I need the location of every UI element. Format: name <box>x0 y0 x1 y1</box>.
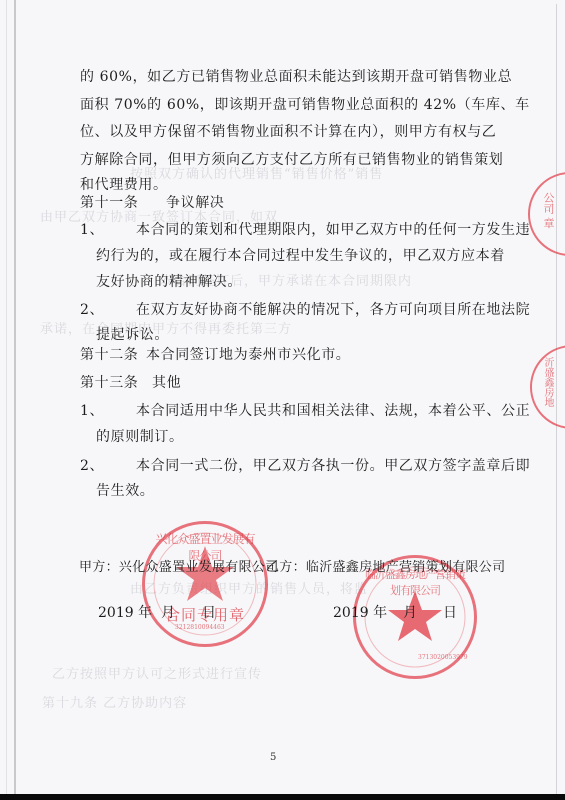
article-11-item-2: 2、在双方友好协商不能解决的情况下，各方可向项目所在地法院 <box>80 301 530 319</box>
paragraph-line: 的 60%，如乙方已销售物业总面积未能达到该期开盘可销售物业总 <box>80 68 512 86</box>
scan-bottom-edge <box>0 794 565 800</box>
document-page: 按照双方确认的代理销售“销售价格”销售 由甲乙双方协商一致签订本合同，如双 本合… <box>0 0 565 800</box>
article-12-heading: 第十二条本合同签订地为泰州市兴化市。 <box>80 346 350 364</box>
party-a-date-year: 2019 年 <box>98 602 152 622</box>
bleed-through-text: 第十九条 乙方协助内容 <box>42 692 187 711</box>
party-a-date-day: 日 <box>202 602 216 622</box>
article-label: 第十三条 <box>80 374 152 392</box>
article-title: 其他 <box>152 375 181 391</box>
paragraph-line: 位、以及甲方保留不销售物业面积不计算在内），则甲方有权与乙 <box>80 123 496 141</box>
party-b-date-day: 日 <box>443 602 457 622</box>
edge-seal-text: 公司 章 <box>540 192 556 229</box>
article-13-heading: 第十三条其他 <box>80 374 181 392</box>
party-b-name: 乙方：临沂盛鑫房地产营销策划有限公司 <box>266 556 505 575</box>
party-b-date-month: 月 <box>403 602 417 622</box>
item-continuation: 约行为的，或在履行本合同过程中发生争议的，甲乙双方应本着 <box>96 247 505 265</box>
article-11-heading: 第十一条争议解决 <box>80 194 224 212</box>
item-number: 2、 <box>80 457 136 475</box>
paragraph-line: 面积 70%的 60%，即该期开盘可销售物业总面积的 42%（车库、车 <box>80 96 530 114</box>
bleed-through-text: 乙方按照甲方认可之形式进行宣传 <box>52 663 262 682</box>
article-title: 争议解决 <box>166 195 224 211</box>
item-number: 2、 <box>80 301 136 319</box>
seal-code: 3713020053979 <box>418 654 468 661</box>
paragraph-line: 方解除合同，但甲方须向乙方支付乙方所有已销售物业的销售策划 <box>80 151 503 169</box>
scan-binding-line <box>14 0 16 794</box>
article-label: 第十二条 <box>80 346 146 364</box>
party-a-date-month: 月 <box>161 602 175 622</box>
edge-seal-top: 公司 章 <box>528 172 565 256</box>
item-continuation: 的原则制订。 <box>96 428 184 446</box>
edge-seal-text: 沂盛鑫房地 <box>540 357 555 407</box>
party-a-name: 甲方：兴化众盛置业发展有限公司 <box>79 556 279 575</box>
party-a-company-seal: 合同专用章 兴化众盛置业发展有限公司 3212810094463 <box>142 521 268 647</box>
item-text: 在双方友好协商不能解决的情况下，各方可向项目所在地法院 <box>136 302 530 318</box>
party-b-date-year: 2019 年 <box>333 602 387 622</box>
page-number: 5 <box>270 752 276 763</box>
article-13-item-2: 2、本合同一式二份，甲乙双方各执一份。甲乙双方签字盖章后即 <box>80 457 530 475</box>
article-title: 本合同签订地为泰州市兴化市。 <box>146 347 350 363</box>
scan-edge-line <box>6 0 7 794</box>
article-13-item-1: 1、本合同适用中华人民共和国相关法律、法规，本着公平、公正 <box>80 402 530 420</box>
item-text: 本合同一式二份，甲乙双方各执一份。甲乙双方签字盖章后即 <box>136 458 530 474</box>
seal-code: 3212810094463 <box>175 624 225 631</box>
item-continuation: 告生效。 <box>96 482 154 500</box>
item-text: 本合同的策划和代理期限内，如甲乙双方中的任何一方发生违 <box>136 222 530 238</box>
article-label: 第十一条 <box>80 194 166 212</box>
item-continuation: 友好协商的精神解决。 <box>96 273 242 291</box>
article-11-item-1: 1、本合同的策划和代理期限内，如甲乙双方中的任何一方发生违 <box>80 221 530 239</box>
paragraph-line: 和代理费用。 <box>80 176 168 194</box>
item-continuation: 提起诉讼。 <box>96 326 169 344</box>
item-text: 本合同适用中华人民共和国相关法律、法规，本着公平、公正 <box>136 403 530 419</box>
item-number: 1、 <box>80 402 136 420</box>
edge-seal-bottom: 沂盛鑫房地 <box>530 345 565 429</box>
item-number: 1、 <box>80 221 136 239</box>
